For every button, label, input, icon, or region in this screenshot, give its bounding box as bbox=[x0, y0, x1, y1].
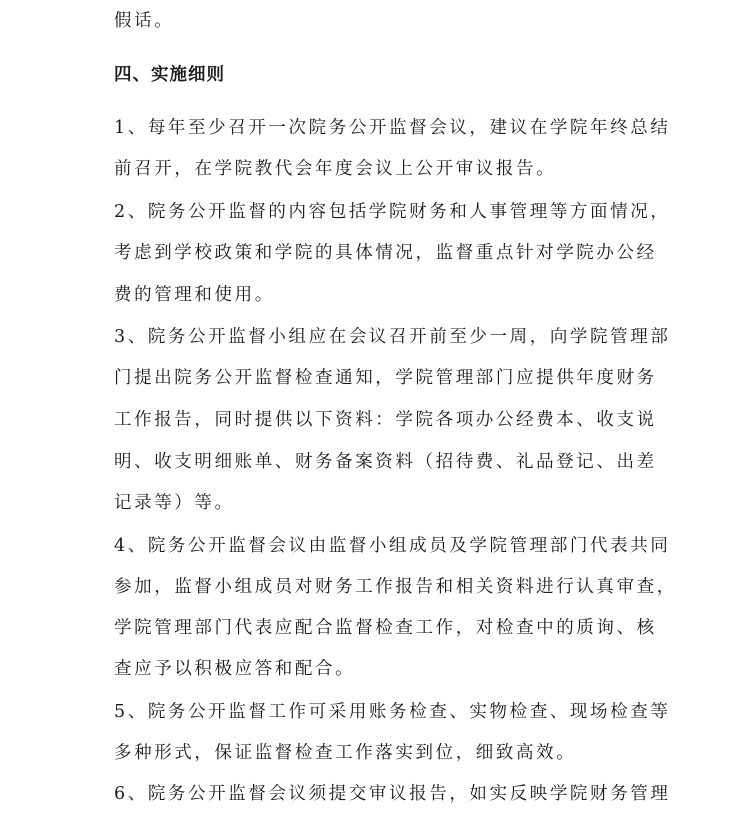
paragraph-line: 记录等）等。 bbox=[114, 491, 235, 515]
paragraph-line: 2、院务公开监督的内容包括学院财务和人事管理等方面情况， bbox=[114, 200, 670, 224]
section-heading: 四、实施细则 bbox=[114, 63, 225, 87]
paragraph-line: 学院管理部门代表应配合监督检查工作，对检查中的质询、核 bbox=[114, 616, 657, 640]
paragraph-line: 4、院务公开监督会议由监督小组成员及学院管理部门代表共同 bbox=[114, 534, 670, 558]
paragraph-line: 工作报告，同时提供以下资料：学院各项办公经费本、收支说 bbox=[114, 408, 657, 432]
paragraph-line: 考虑到学校政策和学院的具体情况，监督重点针对学院办公经 bbox=[114, 241, 657, 265]
paragraph-line: 费的管理和使用。 bbox=[114, 283, 275, 307]
continuation-text: 假话。 bbox=[114, 9, 174, 33]
paragraph-line: 6、院务公开监督会议须提交审议报告，如实反映学院财务管理 bbox=[114, 782, 670, 806]
paragraph-line: 1、每年至少召开一次院务公开监督会议，建议在学院年终总结 bbox=[114, 116, 670, 140]
paragraph-line: 3、院务公开监督小组应在会议召开前至少一周，向学院管理部 bbox=[114, 325, 670, 349]
paragraph-line: 明、收支明细账单、财务备案资料（招待费、礼品登记、出差 bbox=[114, 450, 657, 474]
paragraph-line: 5、院务公开监督工作可采用账务检查、实物检查、现场检查等 bbox=[114, 700, 670, 724]
paragraph-line: 参加，监督小组成员对财务工作报告和相关资料进行认真审查， bbox=[114, 575, 677, 599]
paragraph-line: 多种形式，保证监督检查工作落实到位，细致高效。 bbox=[114, 741, 576, 765]
paragraph-line: 门提出院务公开监督检查通知，学院管理部门应提供年度财务 bbox=[114, 366, 657, 390]
paragraph-line: 前召开，在学院教代会年度会议上公开审议报告。 bbox=[114, 157, 556, 181]
paragraph-line: 查应予以积极应答和配合。 bbox=[114, 657, 355, 681]
